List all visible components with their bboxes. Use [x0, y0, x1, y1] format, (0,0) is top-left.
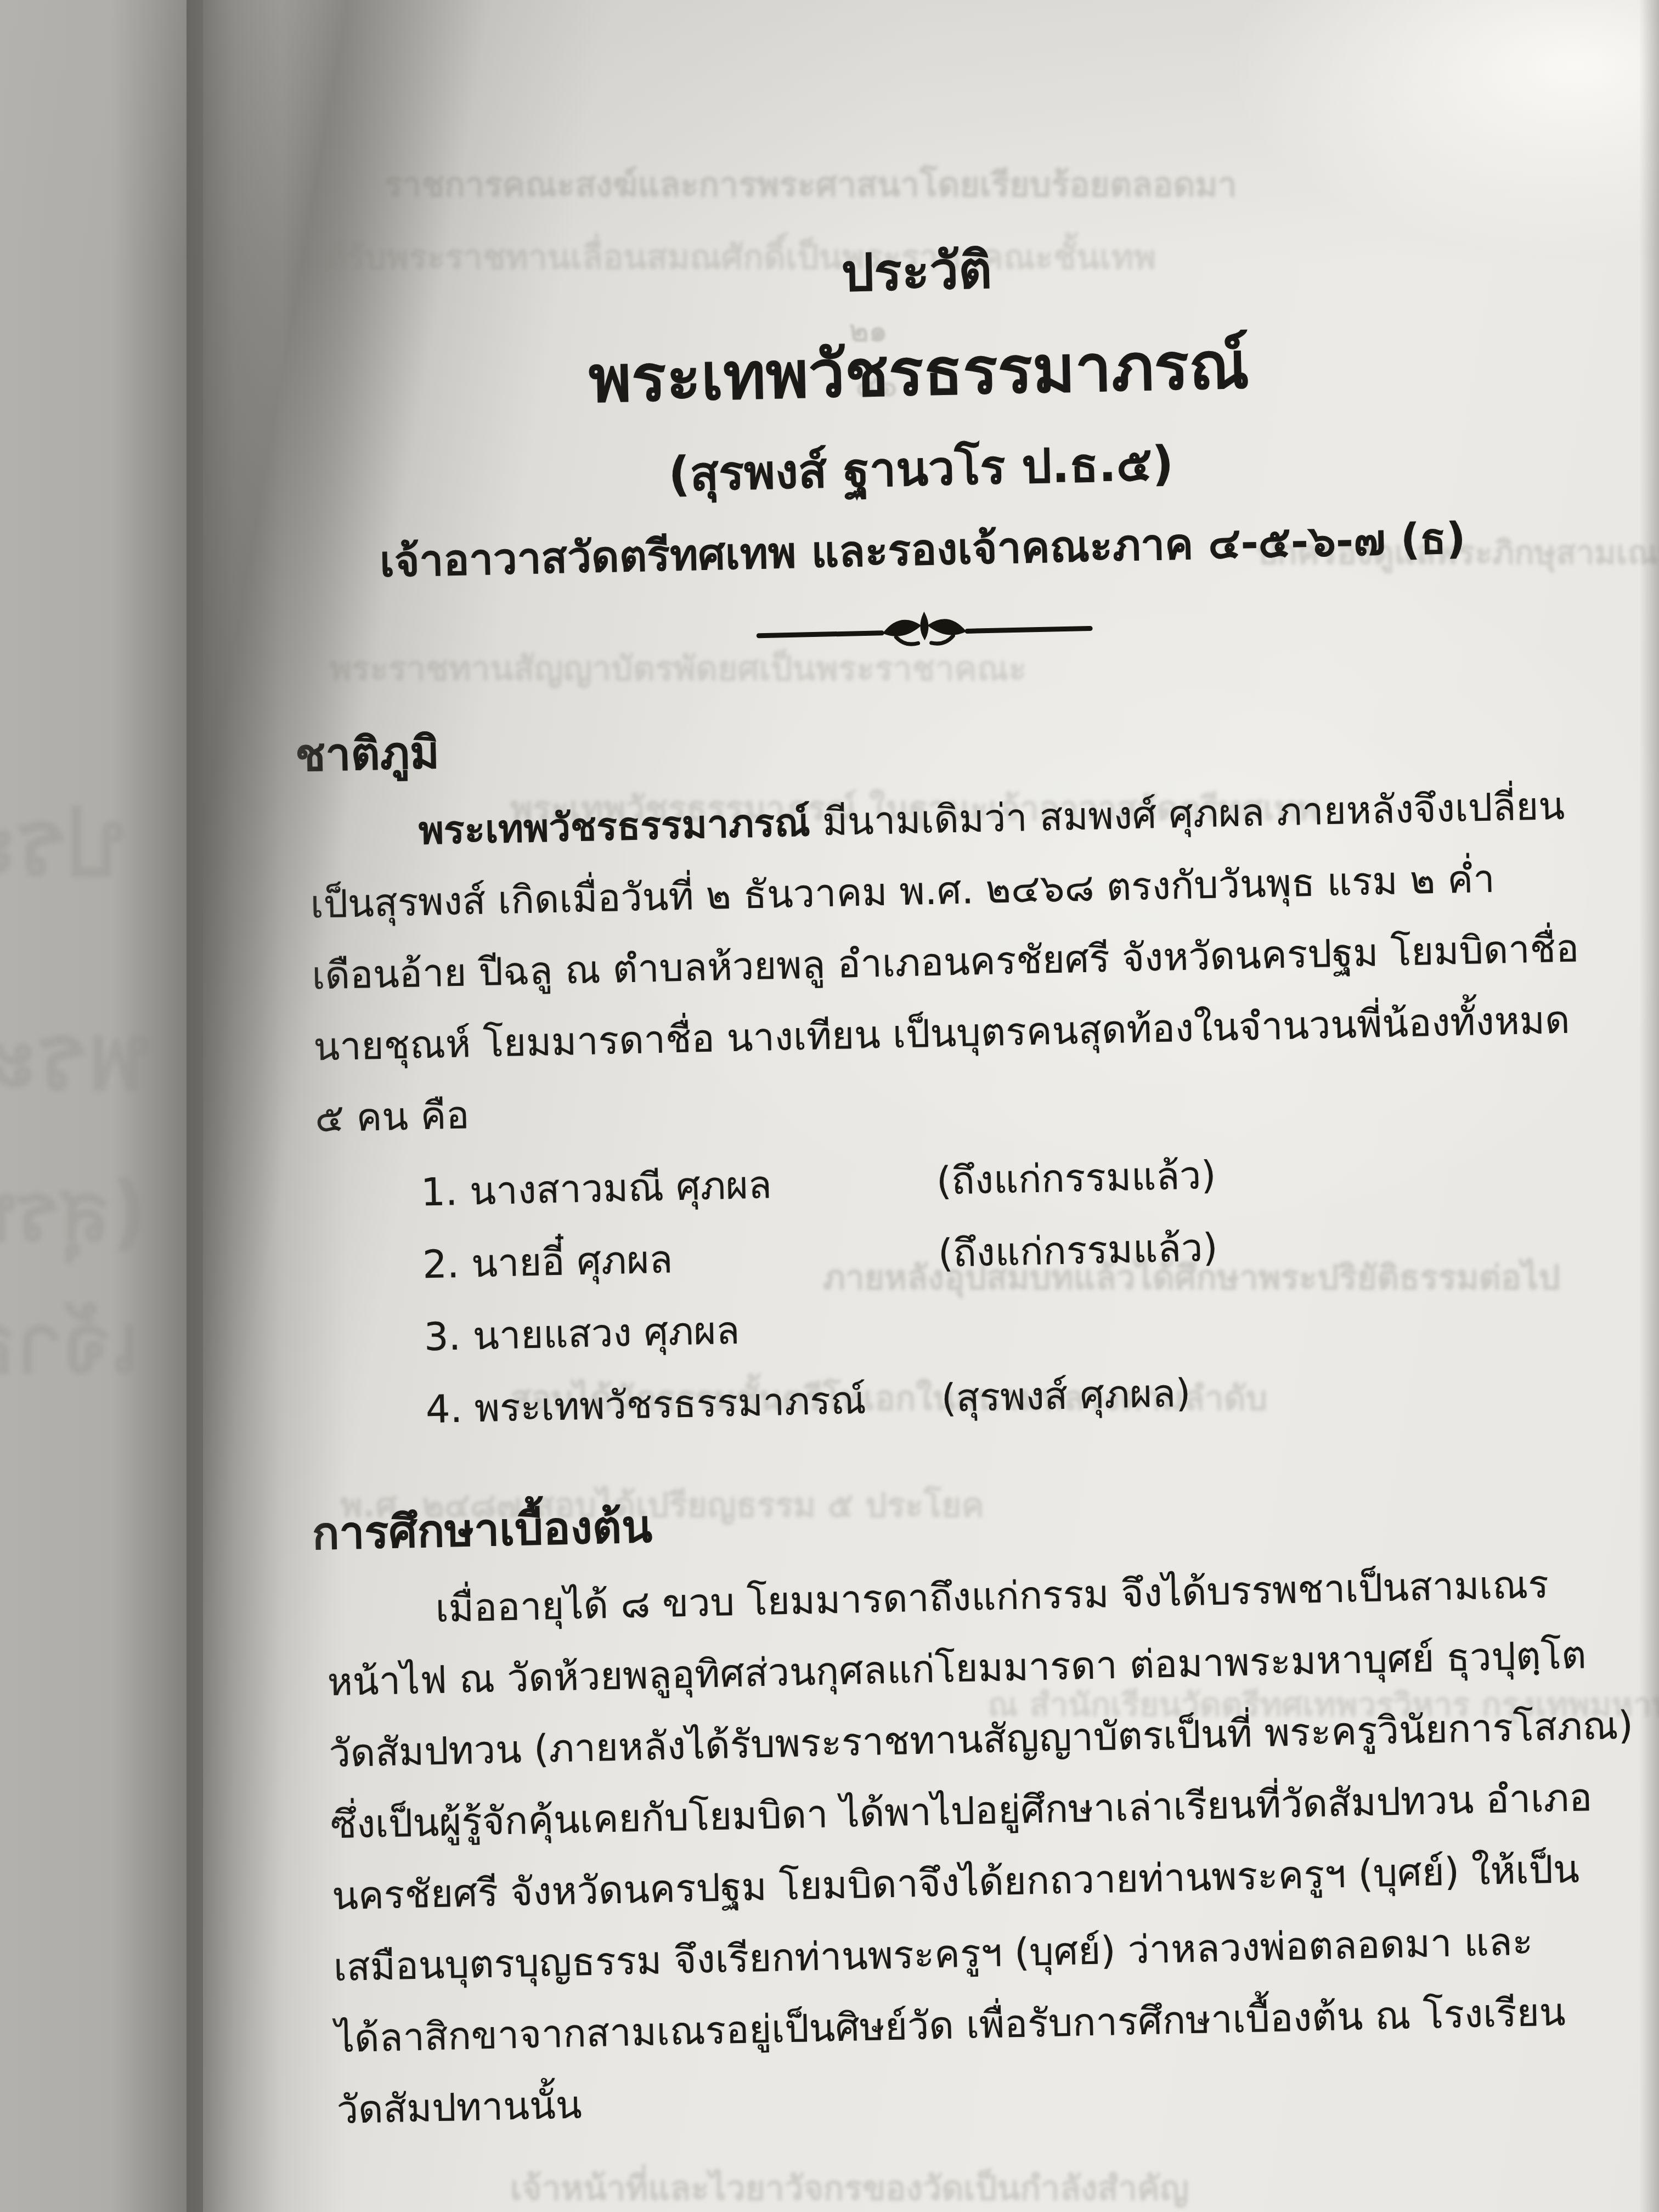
sibling-name: นางสาวมณี ศุภผล	[469, 1162, 772, 1214]
sibling-number: 1.	[420, 1169, 458, 1215]
ghost-text-line: เจ้าหน้าที่และไวยาวัจกรของวัดเป็นกำลังสำ…	[510, 2162, 1189, 2212]
ghost-text-line: ราชการคณะสงฆ์และการพระศาสนาโดยเรียบร้อยต…	[384, 158, 1237, 212]
page-subtitle: (สุรพงส์ ฐานวโร ป.ธ.๕)	[224, 427, 1618, 511]
page-content: ประวัติ พระเทพวัชรธรรมาภรณ์ (สุรพงส์ ฐาน…	[219, 228, 1654, 2148]
ghost-spine-text: พระเ	[0, 982, 150, 1130]
page-title: พระเทพวัชรธรรมาภรณ์	[222, 319, 1616, 427]
section-heading-birthplace: ชาติภูมิ	[295, 701, 1624, 783]
sibling-number: 2.	[422, 1242, 460, 1287]
ghost-spine-text: ประ	[0, 768, 127, 916]
sibling-note: (ถึงแก่กรรมแล้ว)	[937, 1211, 1218, 1289]
sibling-name: พระเทพวัชรธรรมาภรณ์	[474, 1377, 867, 1431]
paragraph-lead-rest: มีนามเดิมว่า สมพงศ์ ศุภผล ภายหลังจึงเปลี…	[810, 783, 1565, 844]
ornament-divider	[754, 603, 1095, 655]
section-heading-education: การศึกษาเบื้องต้น	[312, 1479, 1641, 1561]
ghost-spine-text: (สุรพ	[0, 1147, 148, 1277]
page-right-edge-shadow	[1639, 0, 1659, 2212]
sibling-name: นายอี๋ ศุภผล	[471, 1237, 673, 1286]
sibling-number: 4.	[425, 1386, 463, 1432]
paragraph-lead-name: พระเทพวัชรธรรมาภรณ์	[418, 799, 811, 853]
sibling-note: (ถึงแก่กรรมแล้ว)	[936, 1138, 1217, 1217]
sibling-number: 3.	[424, 1314, 461, 1359]
ghost-spine-text: เจ้าอ	[0, 1278, 139, 1409]
role-line: เจ้าอาวาสวัดตรีทศเทพ และรองเจ้าคณะภาค ๔-…	[225, 511, 1620, 590]
sibling-name: นายแสวง ศุภผล	[472, 1307, 740, 1358]
book-photo: { "page": { "kicker": "ประวัติ", "title"…	[0, 0, 1659, 2212]
sibling-note: (สุรพงส์ ศุภผล)	[940, 1357, 1192, 1435]
